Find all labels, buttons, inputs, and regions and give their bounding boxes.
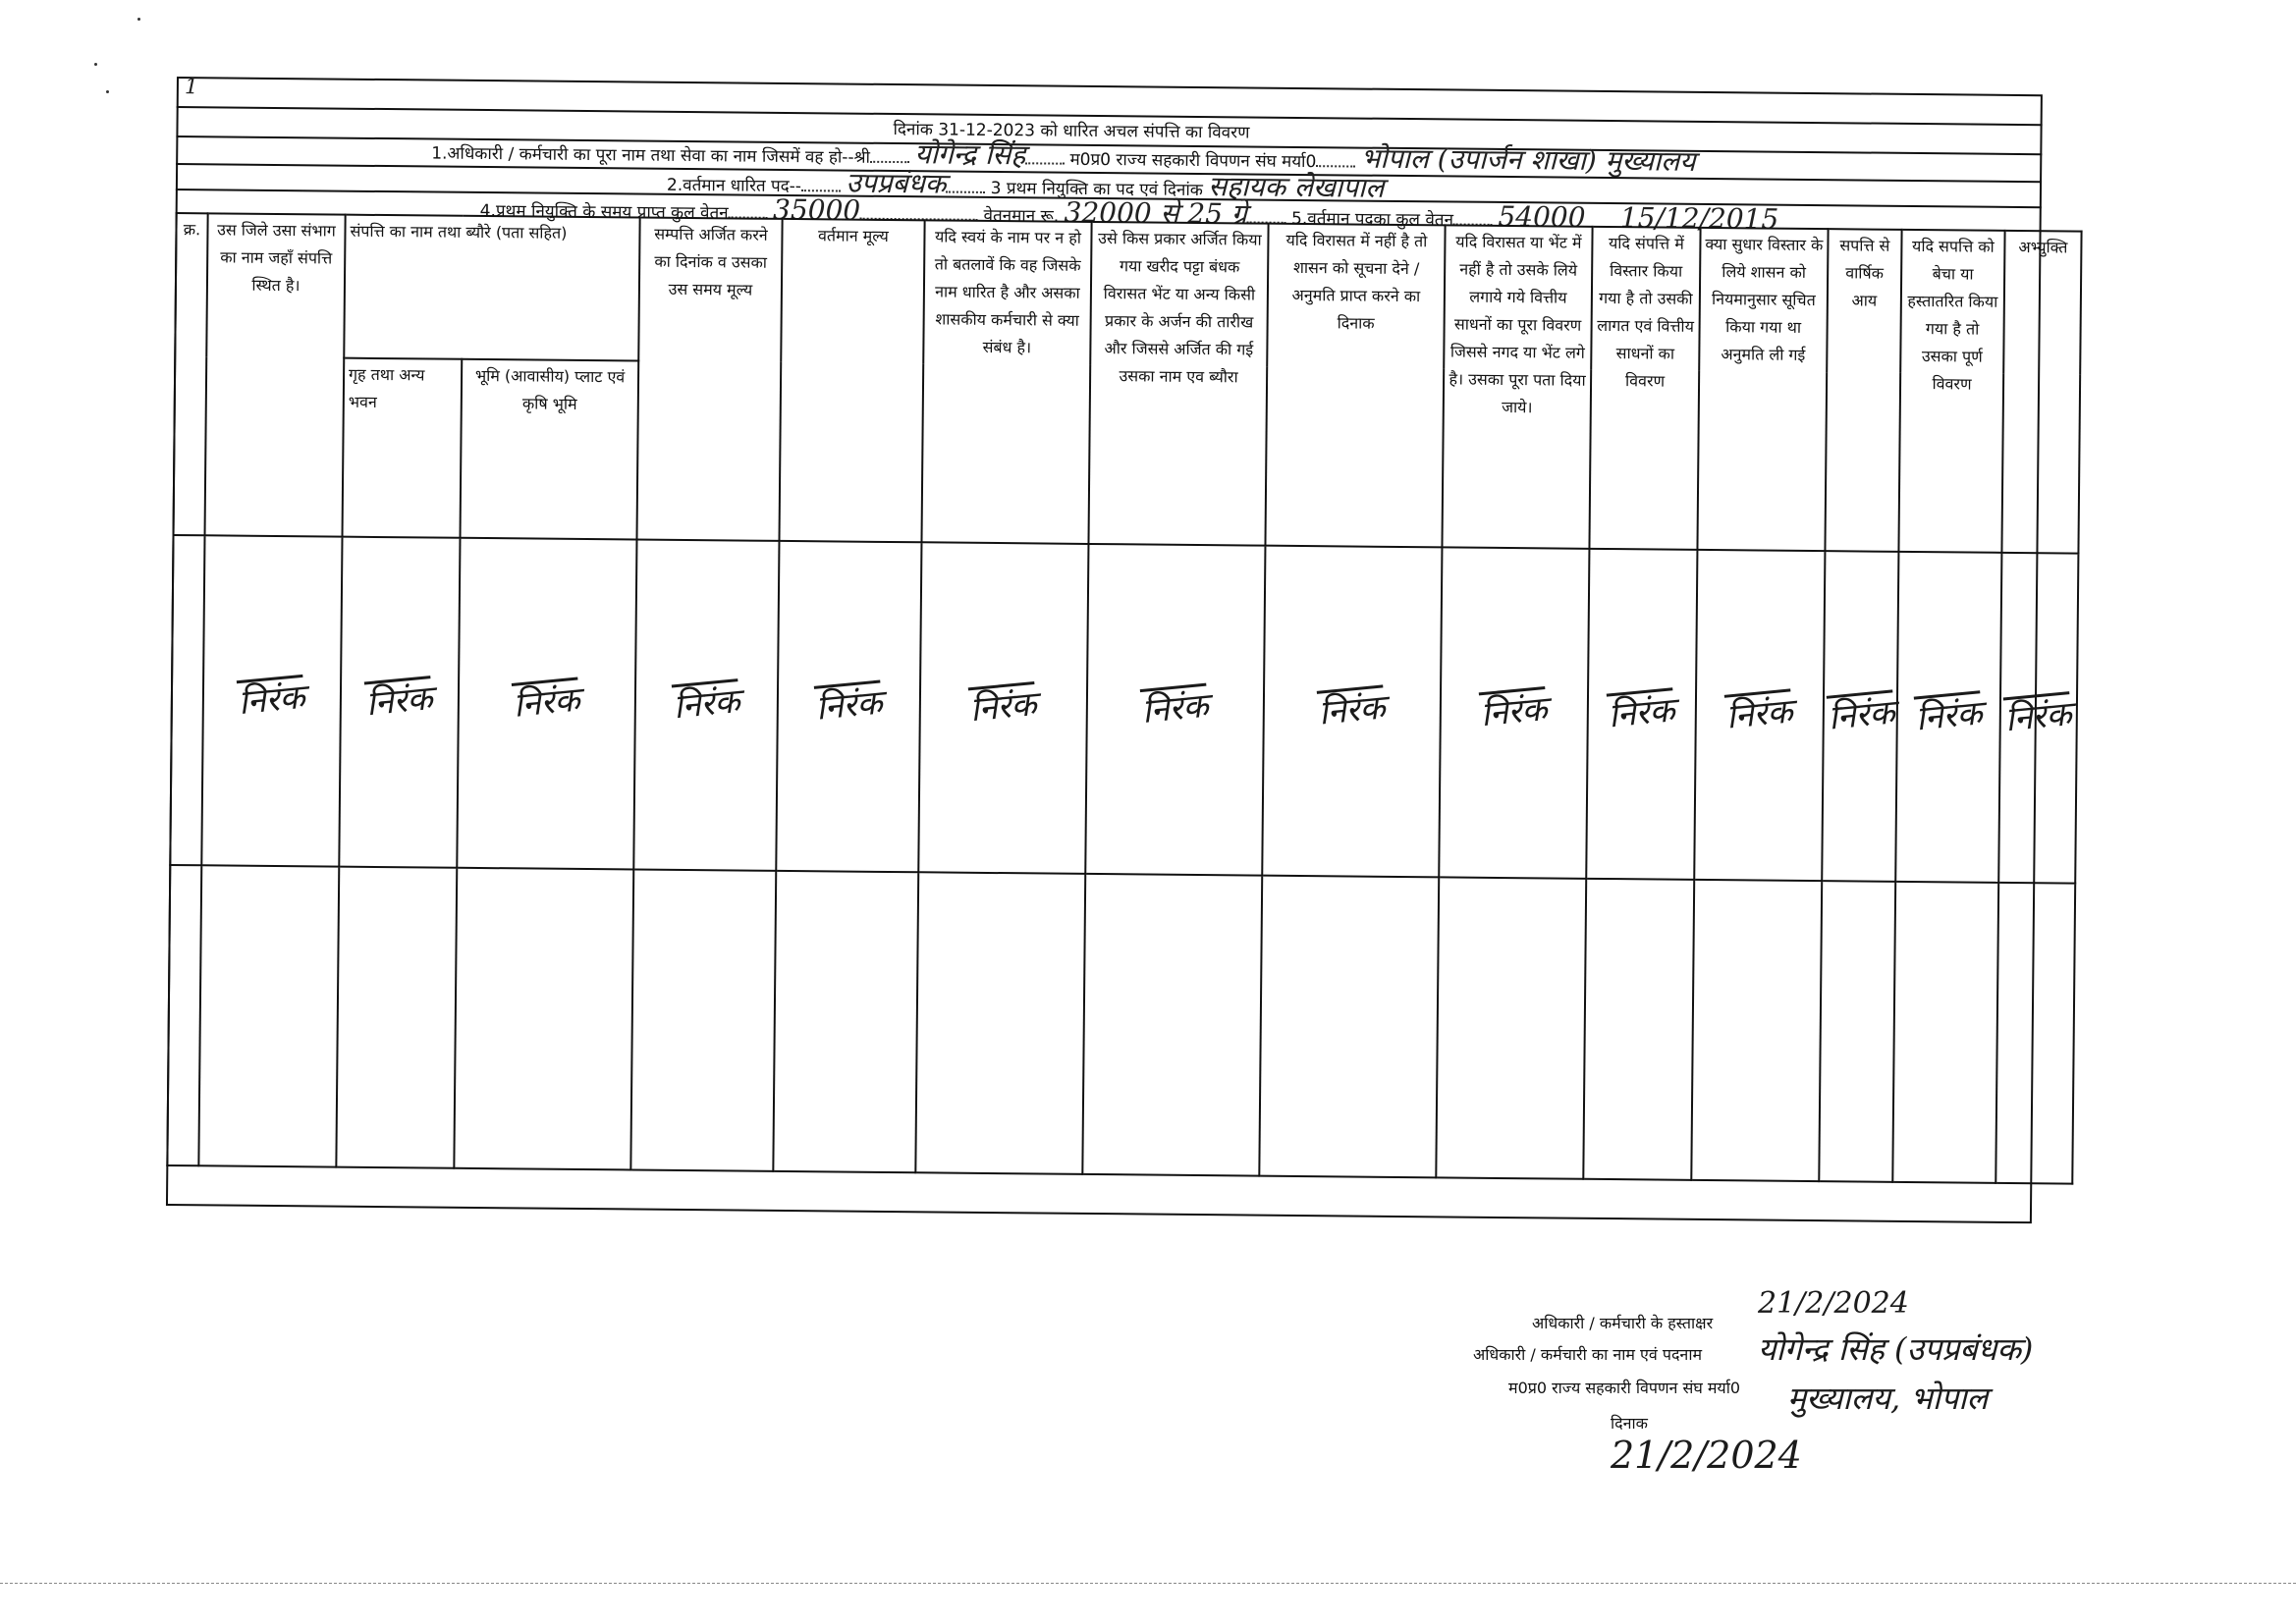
col-header-remarks: अभ्युक्ति: [2001, 231, 2081, 554]
date-label: दिनाक: [1611, 1412, 1648, 1434]
org-value: मुख्यालय, भोपाल: [1787, 1377, 1988, 1419]
empty-cell: [1082, 874, 1262, 1176]
cell-buildings: निरंक: [339, 537, 460, 868]
col-header-acquired-date: सम्पत्ति अर्जित करने का दिनांक व उसका उस…: [636, 218, 782, 541]
col-header-finance: यदि विरासत या भेंट में नहीं है तो उसके ल…: [1442, 225, 1592, 548]
scan-edge-line: [0, 1583, 2296, 1584]
scan-speck: [137, 18, 140, 21]
cell-land: निरंक: [457, 538, 636, 870]
cell-permission: निरंक: [1694, 550, 1825, 881]
cell-intimation: निरंक: [1262, 546, 1442, 878]
corner-mark: 1: [185, 75, 198, 99]
empty-cell: [198, 865, 339, 1166]
empty-cell: [454, 868, 633, 1170]
cell-district: निरंक: [201, 535, 342, 866]
scan-speck: [106, 90, 109, 93]
col-header-intimation: यदि विरासत में नहीं है तो शासन को सूचना …: [1265, 224, 1445, 548]
empty-cell: [1892, 882, 1998, 1183]
signature-label: अधिकारी / कर्मचारी के हस्ताक्षर: [1532, 1312, 1713, 1333]
empty-cell: [1583, 879, 1694, 1180]
col-header-district: उस जिले उसा संभाग का नाम जहाँ संपत्ति स्…: [205, 213, 346, 536]
col-header-property: संपत्ति का नाम तथा ब्यौरे (पता सहित): [344, 215, 639, 361]
property-table: क्र. उस जिले उसा संभाग का नाम जहाँ संपत्…: [166, 212, 2082, 1185]
col-header-holder: यदि स्वयं के नाम पर न हो तो बतलावें कि व…: [921, 220, 1091, 544]
col-header-mode: उसे किस प्रकार अर्जित किया गया खरीद पट्ट…: [1088, 222, 1268, 546]
col-header-sno: क्र.: [174, 213, 208, 535]
empty-cell: [1436, 877, 1586, 1178]
col-header-income: सपत्ति से वार्षिक आय: [1825, 229, 1901, 552]
scan-speck: [94, 63, 97, 66]
empty-cell: [630, 870, 776, 1171]
col-header-current-value: वर्तमान मूल्य: [779, 219, 924, 542]
col-header-transfer: यदि सपत्ति को बेचा या हस्तातरित किया गया…: [1898, 230, 2004, 553]
cell-sno: [170, 535, 204, 865]
empty-cell: [167, 865, 201, 1165]
empty-cell: [1259, 876, 1439, 1178]
cell-acquired-date: निरंक: [633, 540, 779, 871]
table-row: निरंक निरंक निरंक निरंक निरंक निरंक निरं…: [170, 535, 2078, 884]
name-designation-value: योगेन्द्र सिंह (उपप्रबंधक): [1758, 1327, 2033, 1370]
org-label: म0प्र0 राज्य सहकारी विपणन संघ मर्या0: [1508, 1377, 1740, 1398]
col-header-permission: क्या सुधार विस्तार के लिये शासन को नियमा…: [1697, 228, 1828, 551]
scanned-page: 1 दिनांक 31-12-2023 को धारित अचल संपत्ति…: [0, 0, 2296, 1624]
col-header-buildings: गृह तथा अन्य भवन: [343, 358, 463, 538]
signature-block: अधिकारी / कर्मचारी के हस्ताक्षर 21/2/202…: [1463, 1296, 2249, 1532]
signature-value: 21/2/2024: [1758, 1286, 1909, 1321]
table-row-empty: [167, 865, 2075, 1184]
cell-mode: निरंक: [1085, 544, 1265, 876]
cell-income: निरंक: [1822, 551, 1898, 882]
col-header-land: भूमि (आवासीय) प्लाट एवं कृषि भूमि: [461, 359, 639, 540]
empty-cell: [1995, 883, 2075, 1184]
cell-holder: निरंक: [918, 542, 1088, 874]
cell-transfer: निरंक: [1895, 552, 2001, 883]
empty-cell: [1691, 880, 1822, 1181]
cell-extension: निरंक: [1586, 549, 1697, 880]
empty-cell: [773, 871, 918, 1172]
empty-cell: [1819, 881, 1895, 1182]
empty-cell: [915, 872, 1085, 1174]
cell-finance: निरंक: [1439, 547, 1589, 878]
org-value: भोपाल (उपार्जन शाखा) मुख्यालय: [1361, 142, 1696, 178]
cell-current-value: निरंक: [776, 541, 921, 872]
empty-cell: [336, 867, 457, 1168]
asset-declaration-form: 1 दिनांक 31-12-2023 को धारित अचल संपत्ति…: [166, 77, 2043, 1253]
cell-remarks: निरंक: [1998, 553, 2078, 884]
col-header-extension: यदि संपत्ति में विस्तार किया गया है तो उ…: [1589, 227, 1700, 550]
date-value: 21/2/2024: [1611, 1434, 1802, 1477]
table-header-row: क्र. उस जिले उसा संभाग का नाम जहाँ संपत्…: [175, 213, 2081, 375]
name-designation-label: अधिकारी / कर्मचारी का नाम एवं पदनाम: [1473, 1343, 1702, 1365]
